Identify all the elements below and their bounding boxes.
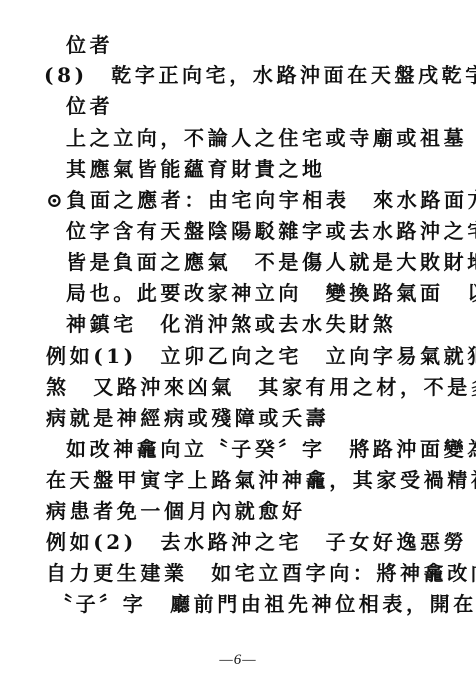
text-line-4: 上之立向，不論人之住宅或寺廟或祖墓 — [66, 126, 467, 150]
text-line-11: 例如(1) 立卯乙向之宅 立向字易氣就犯八 — [46, 344, 476, 368]
text-line-17: 例如(2) 去水路沖之宅 子女好逸惡勞 不 — [46, 530, 476, 554]
text-line-16: 病患者免一個月內就愈好 — [46, 499, 306, 523]
text-line-8: 皆是負面之應氣 不是傷人就是大敗財地 — [66, 250, 476, 274]
text-line-2: (8) 乾字正向宅，水路沖面在天盤戌乾字方 — [44, 63, 476, 87]
text-line-9: 局也。此要改家神立向 變換路氣面 以 — [66, 281, 476, 305]
text-line-6: ⊙負面之應者：由宅向宇相表 來水路面方 — [46, 188, 476, 212]
text-line-7: 位字含有天盤陰陽駁雜字或去水路沖之宅 — [66, 219, 476, 243]
text-line-10: 神鎮宅 化消沖煞或去水失財煞 — [66, 312, 396, 336]
text-line-12: 煞 又路沖來凶氣 其家有用之材，不是多 — [46, 375, 476, 399]
text-line-15: 在天盤甲寅字上路氣沖神龕，其家受禍精神 — [46, 468, 476, 492]
page-number: —6— — [0, 652, 476, 669]
text-line-3: 位者 — [66, 94, 113, 118]
text-line-13: 病就是神經病或殘障或夭壽 — [46, 406, 329, 430]
text-line-14: 如改神龕向立〝子癸〞字 將路沖面變為 — [66, 437, 476, 461]
text-line-5: 其應氣皆能蘊育財貴之地 — [66, 157, 326, 181]
document-page: 位者 (8) 乾字正向宅，水路沖面在天盤戌乾字方 位者 上之立向，不論人之住宅或… — [0, 0, 476, 687]
text-line-19: 〝子〞字 廳前門由祖先神位相表，開在天 — [52, 592, 476, 616]
text-line-1: 位者 — [66, 33, 113, 57]
text-line-18: 自力更生建業 如宅立酉字向：將神龕改向 — [46, 561, 476, 585]
